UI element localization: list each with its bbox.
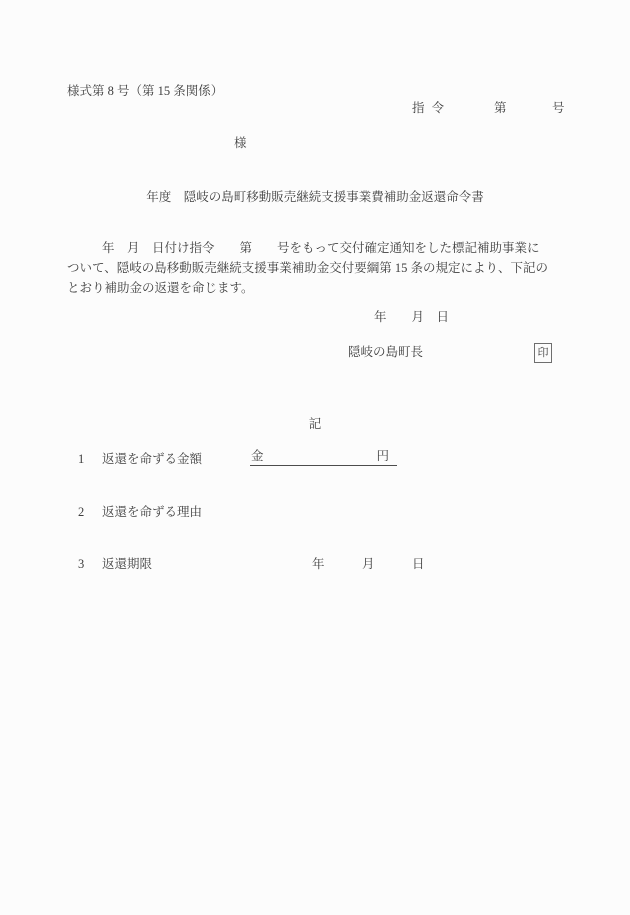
item-3-number: 3 <box>78 557 84 572</box>
amount-prefix: 金 <box>251 449 264 464</box>
body-paragraph-line-1: 年 月 日付け指令 第 号をもって交付確定通知をした標記補助事業に <box>102 241 540 256</box>
item-1-label: 返還を命ずる金額 <box>102 452 202 467</box>
due-date-placeholder: 年 月 日 <box>312 557 425 572</box>
amount-blank-line: 金 円 <box>250 449 397 466</box>
form-number: 様式第 8 号（第 15 条関係） <box>67 84 223 99</box>
directive-label: 指 令 <box>412 101 446 116</box>
issuer-title: 隠岐の島町長 <box>348 345 423 360</box>
body-paragraph-line-3: とおり補助金の返還を命じます。 <box>67 281 254 296</box>
item-1-number: 1 <box>78 452 84 467</box>
seal-mark: 印 <box>538 347 549 359</box>
item-3-label: 返還期限 <box>102 557 152 572</box>
issue-date-placeholder: 年 月 日 <box>374 310 449 325</box>
directive-number-suffix: 号 <box>552 101 565 116</box>
directive-number-prefix: 第 <box>494 101 507 116</box>
item-2-number: 2 <box>78 505 84 520</box>
item-2-label: 返還を命ずる理由 <box>102 505 202 520</box>
document-page: 様式第 8 号（第 15 条関係） 指 令 第 号 様 年度 隠岐の島町移動販売… <box>0 0 630 915</box>
amount-suffix: 円 <box>376 449 389 464</box>
document-title: 年度 隠岐の島町移動販売継続支援事業費補助金返還命令書 <box>0 190 630 205</box>
seal-box: 印 <box>534 343 552 363</box>
addressee-honorific: 様 <box>234 136 247 151</box>
record-heading: 記 <box>0 417 630 432</box>
body-paragraph-line-2: ついて、隠岐の島移動販売継続支援事業補助金交付要綱第 15 条の規定により、下記… <box>67 261 548 276</box>
